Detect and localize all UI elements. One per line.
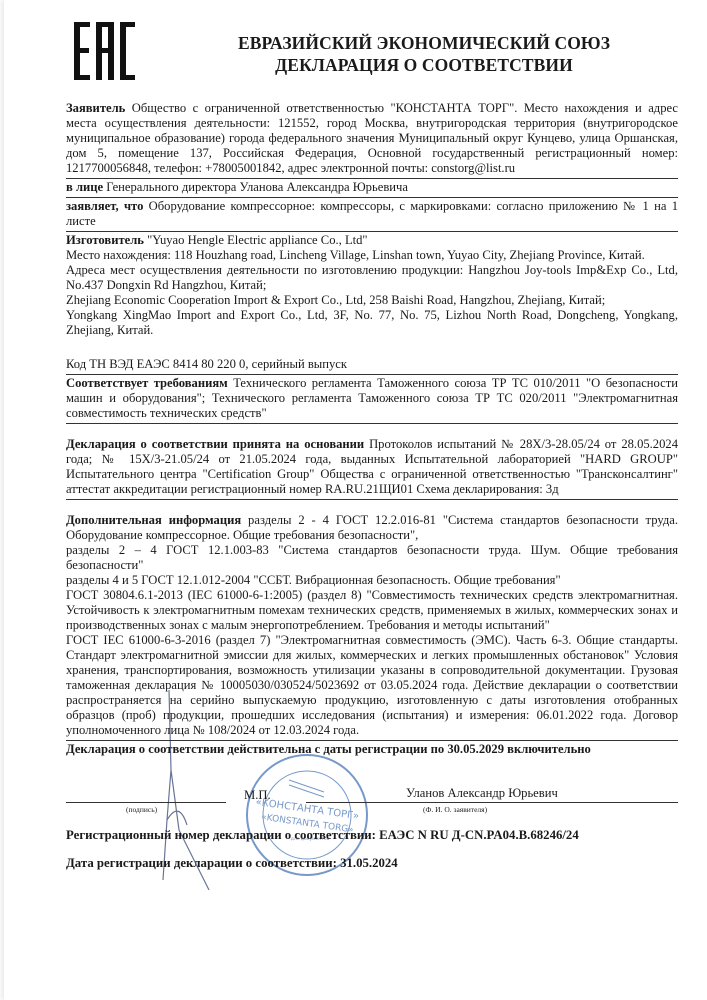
conforms-label: Соответствует требованиям [66, 376, 228, 390]
signature-line [66, 802, 226, 803]
signature-block: (подпись) М.П. Уланов Александр Юрьевич … [66, 790, 678, 830]
basis-section: Декларация о соответствии принята на осн… [66, 436, 678, 500]
declaration-title: ДЕКЛАРАЦИЯ О СООТВЕТСТВИИ [204, 54, 644, 76]
signature-caption: (подпись) [126, 805, 157, 814]
production-addresses: Адреса мест осуществления деятельности п… [66, 263, 678, 293]
represented-label: в лице [66, 180, 103, 194]
applicant-section: Заявитель Общество с ограниченной ответс… [66, 100, 678, 179]
name-caption: (Ф. И. О. заявителя) [423, 805, 487, 814]
manufacturer-name: "Yuyao Hengle Electric appliance Co., Lt… [144, 233, 368, 247]
production-address-2: Zhejiang Economic Cooperation Import & E… [66, 293, 678, 308]
production-address-3: Yongkang XingMao Import and Export Co., … [66, 308, 678, 338]
represented-text: Генерального директора Уланова Александр… [103, 180, 408, 194]
document-body: Заявитель Общество с ограниченной ответс… [66, 100, 678, 759]
document-page: ЕВРАЗИЙСКИЙ ЭКОНОМИЧЕСКИЙ СОЮЗ ДЕКЛАРАЦИ… [4, 0, 707, 1000]
manufacturer-label: Изготовитель [66, 233, 144, 247]
declares-label: заявляет, что [66, 199, 143, 213]
tn-ved-code: Код ТН ВЭД ЕАЭС 8414 80 220 0, серийный … [66, 356, 678, 375]
eac-mark-icon [74, 22, 136, 80]
manufacturer-section: Изготовитель "Yuyao Hengle Electric appl… [66, 232, 678, 340]
additional-p3: разделы 4 и 5 ГОСТ 12.1.012-2004 "ССБТ. … [66, 573, 678, 588]
basis-label: Декларация о соответствии принята на осн… [66, 437, 364, 451]
document-header: ЕВРАЗИЙСКИЙ ЭКОНОМИЧЕСКИЙ СОЮЗ ДЕКЛАРАЦИ… [204, 32, 644, 76]
applicant-label: Заявитель [66, 101, 125, 115]
declares-section: заявляет, что Оборудование компрессорное… [66, 198, 678, 232]
additional-label: Дополнительная информация [66, 513, 241, 527]
conforms-section: Соответствует требованиям Технического р… [66, 375, 678, 424]
name-line [306, 802, 678, 803]
registration-date: Дата регистрации декларации о соответств… [66, 856, 398, 871]
applicant-name: Уланов Александр Юрьевич [406, 786, 558, 801]
union-title: ЕВРАЗИЙСКИЙ ЭКОНОМИЧЕСКИЙ СОЮЗ [204, 32, 644, 54]
seal-place-label: М.П. [244, 788, 271, 803]
declares-text: Оборудование компрессорное: компрессоры,… [66, 199, 678, 228]
manufacturer-location: Место нахождения: 118 Houzhang road, Lin… [66, 248, 678, 263]
applicant-text: Общество с ограниченной ответственностью… [66, 101, 678, 175]
registration-number: Регистрационный номер декларации о соотв… [66, 828, 579, 843]
represented-section: в лице Генерального директора Уланова Ал… [66, 179, 678, 198]
additional-p2: разделы 2 – 4 ГОСТ 12.1.003-83 "Система … [66, 543, 678, 573]
additional-p4: ГОСТ 30804.6.1-2013 (IEC 61000-6-1:2005)… [66, 588, 678, 633]
